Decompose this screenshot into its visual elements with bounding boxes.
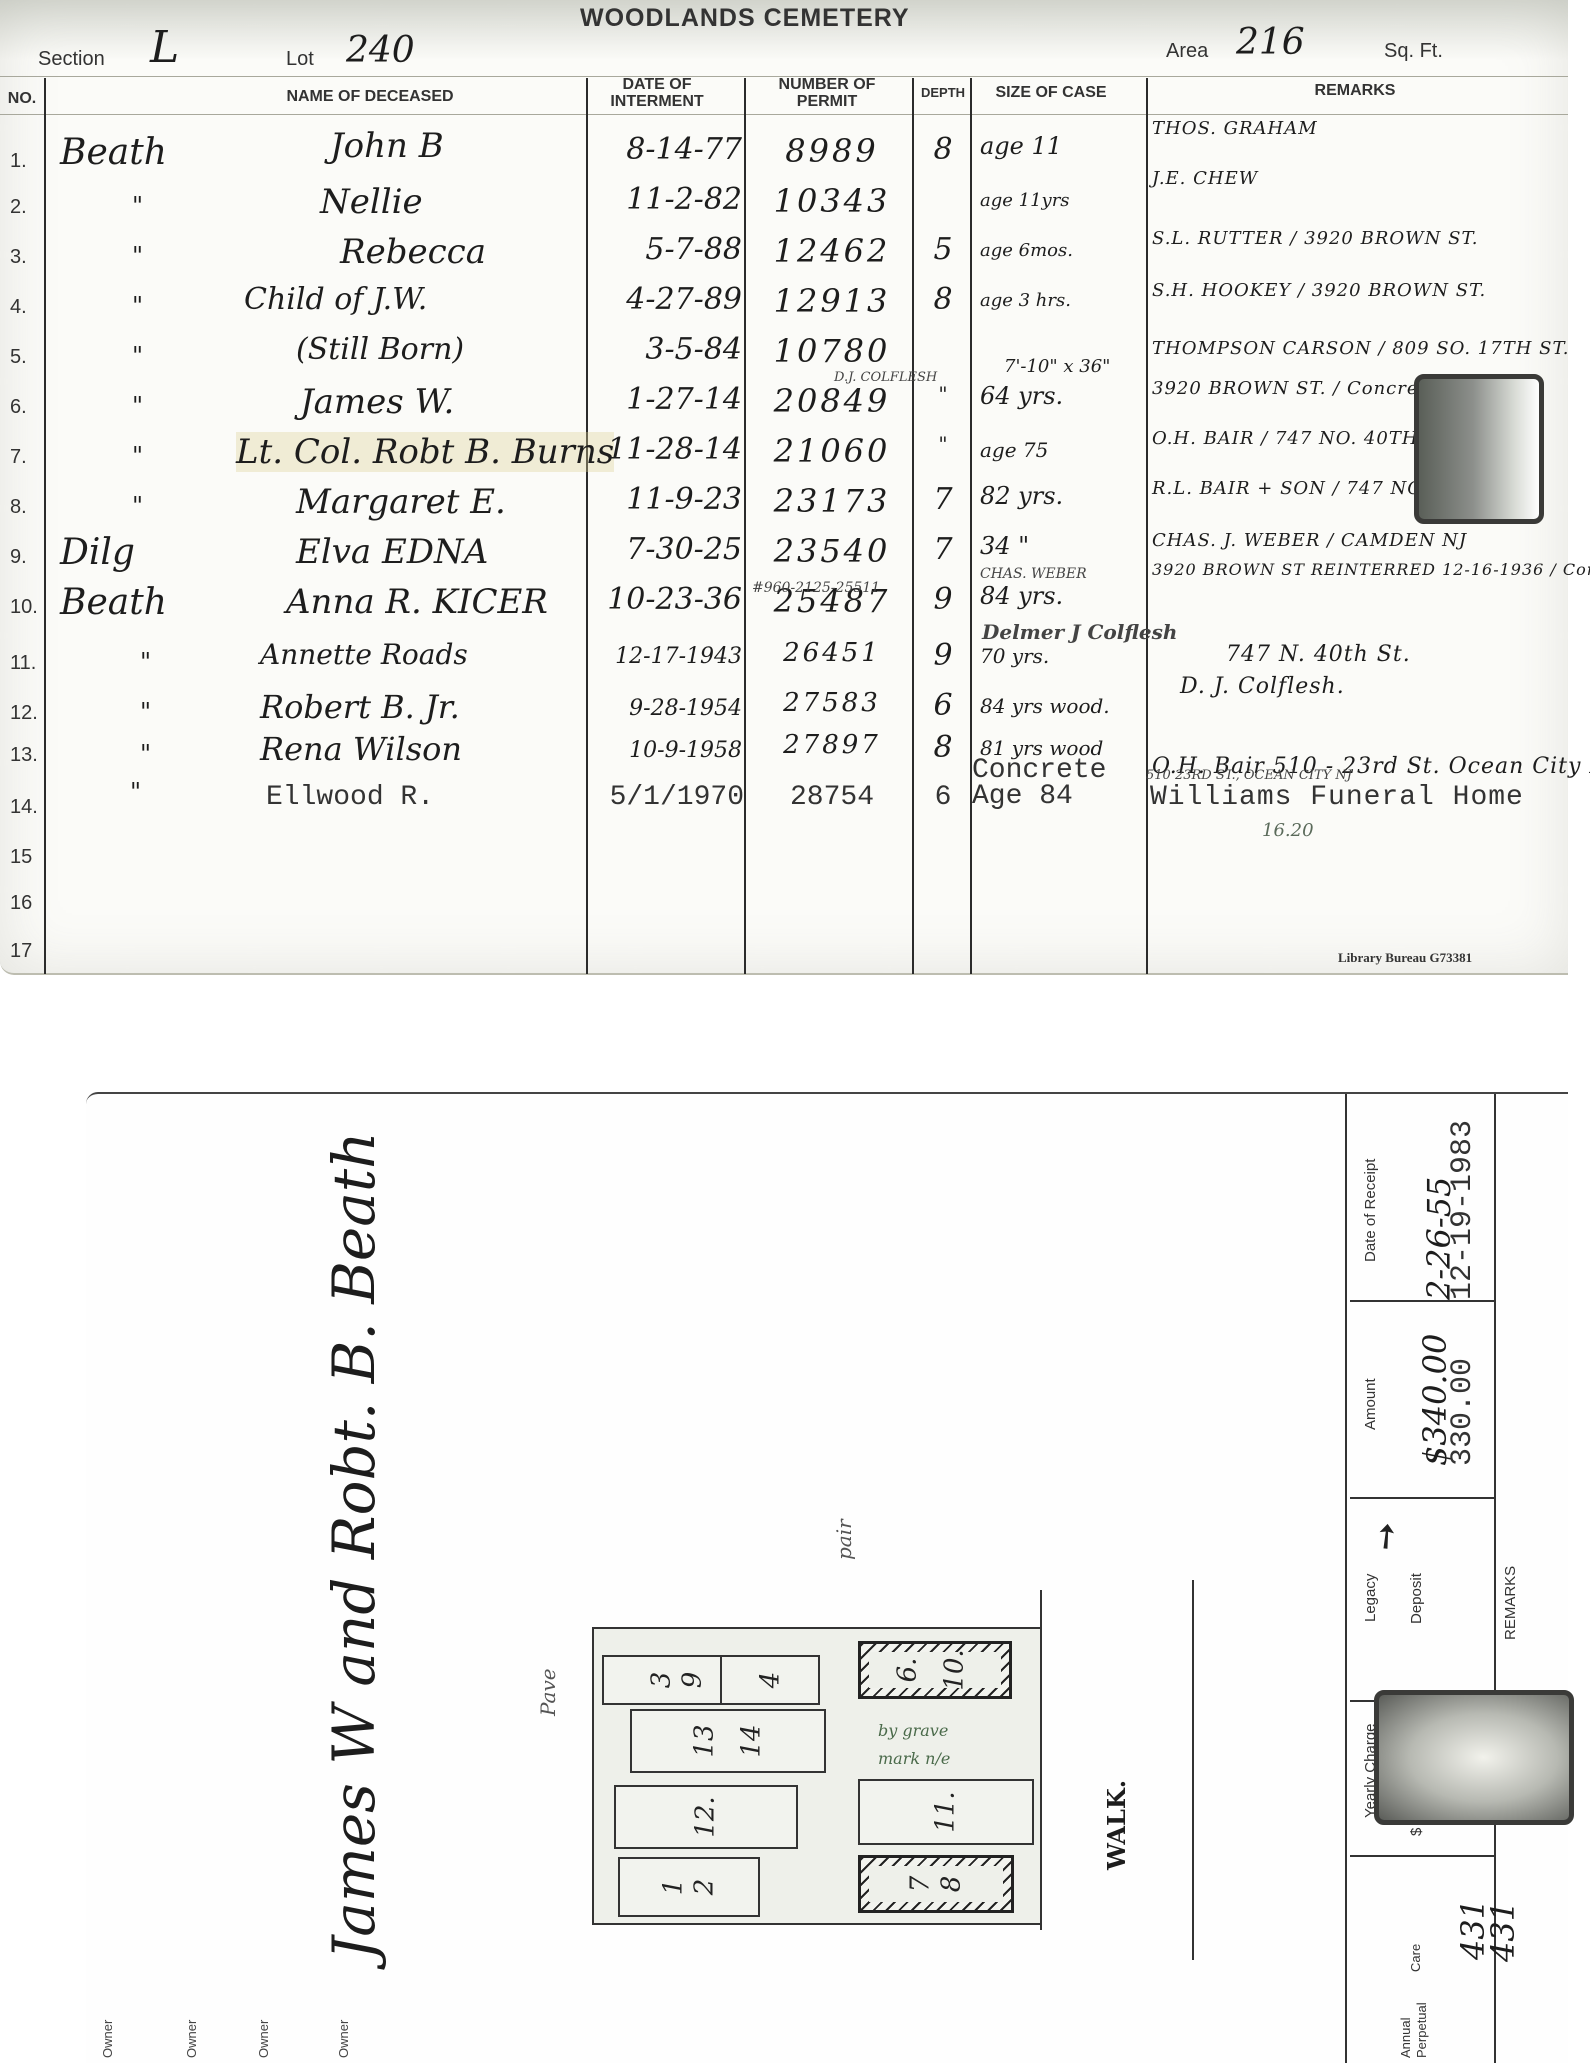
walk-line — [1192, 1580, 1194, 1960]
permit-number: 23173 — [752, 482, 912, 520]
permit-number: 8989 — [752, 132, 912, 170]
plot-note-pipe: pair — [832, 1519, 856, 1560]
annual-label: Annual — [1398, 2018, 1413, 2058]
case-note: CHAS. WEBER — [980, 566, 1087, 582]
photo-tab-thumbnail — [1374, 1690, 1574, 1825]
permit-number: 10780 — [752, 332, 912, 370]
depth: " — [918, 382, 968, 406]
owner-label: Owner — [336, 2020, 351, 2058]
given-name: Margaret E. — [296, 482, 506, 522]
surname: " — [130, 778, 141, 806]
given-name: Robert B. Jr. — [260, 688, 460, 726]
permit-note: #960-2125-25511 — [752, 580, 880, 596]
surname: " — [132, 492, 143, 520]
given-name: (Still Born) — [296, 332, 464, 367]
remarks-label: REMARKS — [1502, 1566, 1519, 1640]
amount-value: 330.00 — [1446, 1358, 1480, 1466]
remarks: D. J. Colflesh. — [1180, 674, 1345, 699]
case-size: age 6mos. — [980, 240, 1073, 261]
interment-row: 8. " Margaret E. 11-9-23 23173 7 82 yrs.… — [0, 482, 1568, 532]
interment-date: 10-9-1958 — [592, 738, 742, 763]
case-size: age 75 — [980, 438, 1048, 462]
remarks: THOS. GRAHAM — [1152, 118, 1318, 139]
row-number: 17 — [10, 940, 32, 963]
area-unit: Sq. Ft. — [1384, 40, 1443, 63]
interment-row: 3. " Rebecca 5-7-88 12462 5 age 6mos. S.… — [0, 232, 1568, 282]
surname: " — [132, 392, 143, 420]
given-name: Lt. Col. Robt B. Burns — [236, 432, 614, 472]
ledger-divider-left — [1345, 1094, 1347, 2063]
plot-note: mark n/e — [878, 1749, 950, 1768]
remarks: 747 N. 40th St. — [1226, 642, 1411, 667]
interment-row: 16 — [0, 882, 1568, 932]
interment-row: 15 — [0, 832, 1568, 882]
interment-date: 5/1/1970 — [592, 782, 744, 813]
given-name: Elva EDNA — [296, 532, 488, 572]
remarks: S.H. HOOKEY / 3920 BROWN ST. — [1152, 280, 1486, 301]
case-size: 64 yrs. — [980, 382, 1063, 410]
interment-date: 4-27-89 — [592, 282, 742, 317]
depth: 7 — [918, 482, 968, 517]
interment-row: 2. " Nellie 11-2-82 10343 age 11yrs J.E.… — [0, 182, 1568, 232]
row-number: 4. — [10, 296, 27, 319]
section-value: L — [150, 22, 179, 73]
row-number: 2. — [10, 196, 27, 219]
depth: 9 — [918, 638, 968, 673]
grave-plot: 12. — [614, 1785, 798, 1849]
interment-record-card: WOODLANDS CEMETERY Section L Lot 240 Are… — [0, 0, 1568, 975]
remarks: O.H. BAIR / 747 NO. 40TH ST. — [1152, 428, 1456, 449]
interment-row: 17 — [0, 930, 1568, 980]
permit-number: 26451 — [752, 638, 912, 668]
col-head-permit: NUMBER OF PERMIT — [762, 76, 892, 110]
perpetual-label: Perpetual — [1414, 2002, 1429, 2058]
permit-number: 23540 — [752, 532, 912, 570]
undertaker-note-10: Delmer J Colflesh — [982, 620, 1177, 644]
interment-date: 9-28-1954 — [592, 696, 742, 721]
walk-label: WALK. — [1102, 1780, 1131, 1870]
given-name: Annette Roads — [260, 638, 468, 671]
given-name: Child of J.W. — [244, 282, 427, 317]
row-number: 7. — [10, 446, 27, 469]
depth: 8 — [918, 132, 968, 167]
header-rule-bottom — [0, 114, 1568, 115]
amount-label: Amount — [1362, 1378, 1379, 1430]
interment-row: 1. Beath John B 8-14-77 8989 8 age 11 TH… — [0, 132, 1568, 182]
interment-date: 3-5-84 — [592, 332, 742, 367]
col-head-no: NO. — [0, 90, 44, 107]
grave-plot: 11. — [858, 1779, 1034, 1845]
owner-label: Owner — [184, 2020, 199, 2058]
case-size: 84 yrs. — [980, 582, 1063, 610]
case-size: 84 yrs wood. — [980, 694, 1110, 718]
given-name: Rena Wilson — [260, 730, 462, 768]
grave-plot: 13 14 — [630, 1709, 826, 1773]
ledger-rule — [1350, 1855, 1496, 1857]
row-number: 6. — [10, 396, 27, 419]
surname: " — [132, 192, 143, 220]
given-name: John B — [330, 126, 444, 166]
lot-label: Lot — [286, 48, 314, 71]
owner-name: James W and Robt. B. Beath — [320, 1132, 388, 1960]
case-size: age 3 hrs. — [980, 290, 1071, 311]
surname: " — [140, 740, 151, 768]
given-name: James W. — [300, 382, 454, 422]
surname: " — [132, 242, 143, 270]
case-size: 34 " — [980, 532, 1029, 560]
col-head-case: SIZE OF CASE — [976, 84, 1126, 101]
walk-line — [1040, 1590, 1042, 1930]
interment-date: 8-14-77 — [592, 132, 742, 167]
remarks: Williams Funeral Home — [1150, 782, 1524, 813]
case-size: 82 yrs. — [980, 482, 1063, 510]
ledger-rule — [1350, 1300, 1496, 1302]
card-title: WOODLANDS CEMETERY — [580, 4, 910, 33]
remarks: S.L. RUTTER / 3920 BROWN ST. — [1152, 228, 1479, 249]
row-number: 14. — [10, 796, 38, 819]
grave-plot: 4 — [720, 1655, 820, 1705]
surname: " — [132, 442, 143, 470]
given-name: Rebecca — [340, 232, 486, 272]
row-number: 11. — [10, 652, 36, 675]
interment-date: 11-2-82 — [592, 182, 742, 217]
col-head-depth: DEPTH — [918, 84, 968, 101]
legacy-label: Legacy — [1362, 1574, 1379, 1622]
given-name: Anna R. KICER — [286, 582, 548, 622]
row-number: 8. — [10, 496, 27, 519]
surname: " — [132, 292, 143, 320]
ledger-rule — [1350, 1497, 1496, 1499]
surname: Dilg — [60, 532, 135, 573]
row-number: 1. — [10, 150, 27, 173]
surname: " — [140, 648, 151, 676]
depth: 7 — [918, 532, 968, 567]
date-of-receipt-label: Date of Receipt — [1362, 1159, 1379, 1262]
interment-row: 4. " Child of J.W. 4-27-89 12913 8 age 3… — [0, 282, 1568, 332]
plot-diagram: 3 9 4 13 14 12. 1 2 6. 10. 11. 7 8 by gr… — [592, 1627, 1042, 1925]
row-number: 15 — [10, 846, 32, 869]
case-size: age 11yrs — [980, 190, 1070, 211]
col-head-date: DATE OF INTERMENT — [598, 76, 716, 110]
permit-number: 20849 — [752, 382, 912, 420]
owner-label: Owner — [256, 2020, 271, 2058]
case-size: Concrete Age 84 — [972, 758, 1142, 810]
depth: 5 — [918, 232, 968, 267]
permit-number: 10343 — [752, 182, 912, 220]
interment-row: 7. " Lt. Col. Robt B. Burns 11-28-14 210… — [0, 432, 1568, 482]
depth: 8 — [918, 730, 968, 765]
permit-number: 27583 — [752, 688, 912, 718]
interment-date: 10-23-36 — [592, 582, 742, 617]
col-head-remarks: REMARKS — [1150, 82, 1560, 99]
row-number: 16 — [10, 892, 32, 915]
surname: Beath — [60, 582, 167, 623]
permit-number: 27897 — [752, 730, 912, 760]
grave-plot-concrete: 7 8 — [858, 1855, 1014, 1913]
surname: " — [140, 698, 151, 726]
permit-number: 12913 — [752, 282, 912, 320]
care-value: 431 — [1484, 1901, 1522, 1962]
interment-date: 11-28-14 — [592, 432, 742, 467]
area-value: 216 — [1236, 22, 1305, 63]
grave-plot-concrete: 6. 10. — [858, 1641, 1012, 1699]
interment-row: 14. " Ellwood R. 5/1/1970 28754 6 Concre… — [0, 782, 1568, 832]
yearly-charge-value: $ — [1408, 1828, 1425, 1836]
remarks: THOMPSON CARSON / 809 SO. 17TH ST. — [1152, 338, 1570, 359]
date-of-receipt-value: 12-19-1983 — [1446, 1120, 1480, 1300]
row-number: 12. — [10, 702, 38, 725]
case-size: 70 yrs. — [980, 644, 1049, 668]
interment-date: 5-7-88 — [592, 232, 742, 267]
depth: 9 — [918, 582, 968, 617]
area-label: Area — [1166, 40, 1208, 63]
row-number: 9. — [10, 546, 27, 569]
care-label: Care — [1408, 1944, 1423, 1972]
interment-row: 5. " (Still Born) 3-5-84 10780 7'-10" x … — [0, 332, 1568, 382]
remarks: CHAS. J. WEBER / CAMDEN NJ — [1152, 530, 1467, 551]
row-number: 3. — [10, 246, 27, 269]
remarks: 3920 BROWN ST REINTERRED 12-16-1936 / Co… — [1152, 560, 1590, 579]
permit-number: 12462 — [752, 232, 912, 270]
section-label: Section — [38, 48, 105, 71]
case-size: age 11 — [980, 132, 1062, 160]
address-note: 510 23RD ST., OCEAN CITY NJ — [1146, 768, 1352, 783]
depth: 6 — [918, 782, 968, 813]
surname: " — [132, 342, 143, 370]
photo-tab-thumbnail — [1414, 374, 1544, 524]
depth: 8 — [918, 282, 968, 317]
col-head-name: NAME OF DECEASED — [190, 88, 550, 105]
case-size: 7'-10" x 36" — [1004, 356, 1110, 377]
printer-imprint: Library Bureau G73381 — [1338, 950, 1472, 966]
interment-date: 7-30-25 — [592, 532, 742, 567]
interment-date: 11-9-23 — [592, 482, 742, 517]
grave-plot: 1 2 — [618, 1857, 760, 1917]
amount-note: 16.20 — [1262, 820, 1314, 841]
deposit-label: Deposit — [1408, 1573, 1425, 1624]
depth: " — [918, 432, 968, 456]
plot-note-left: Pave — [536, 1668, 560, 1716]
lot-value: 240 — [346, 30, 415, 71]
surname: Beath — [60, 132, 167, 173]
permit-number: 21060 — [752, 432, 912, 470]
given-name: Ellwood R. — [266, 782, 434, 813]
interment-date: 1-27-14 — [592, 382, 742, 417]
interment-row: 6. " James W. 1-27-14 20849 " 64 yrs. 39… — [0, 382, 1568, 432]
depth: 6 — [918, 688, 968, 723]
plot-note: by grave — [878, 1721, 948, 1740]
given-name: Nellie — [320, 182, 423, 222]
owner-label: Owner — [100, 2020, 115, 2058]
permit-number: 28754 — [752, 782, 912, 813]
undertaker-note: D.J. COLFLESH — [834, 370, 937, 385]
row-number: 10. — [10, 596, 38, 619]
remarks: J.E. CHEW — [1152, 168, 1258, 189]
row-number: 13. — [10, 744, 38, 767]
row-number: 5. — [10, 346, 27, 369]
interment-date: 12-17-1943 — [592, 644, 742, 669]
